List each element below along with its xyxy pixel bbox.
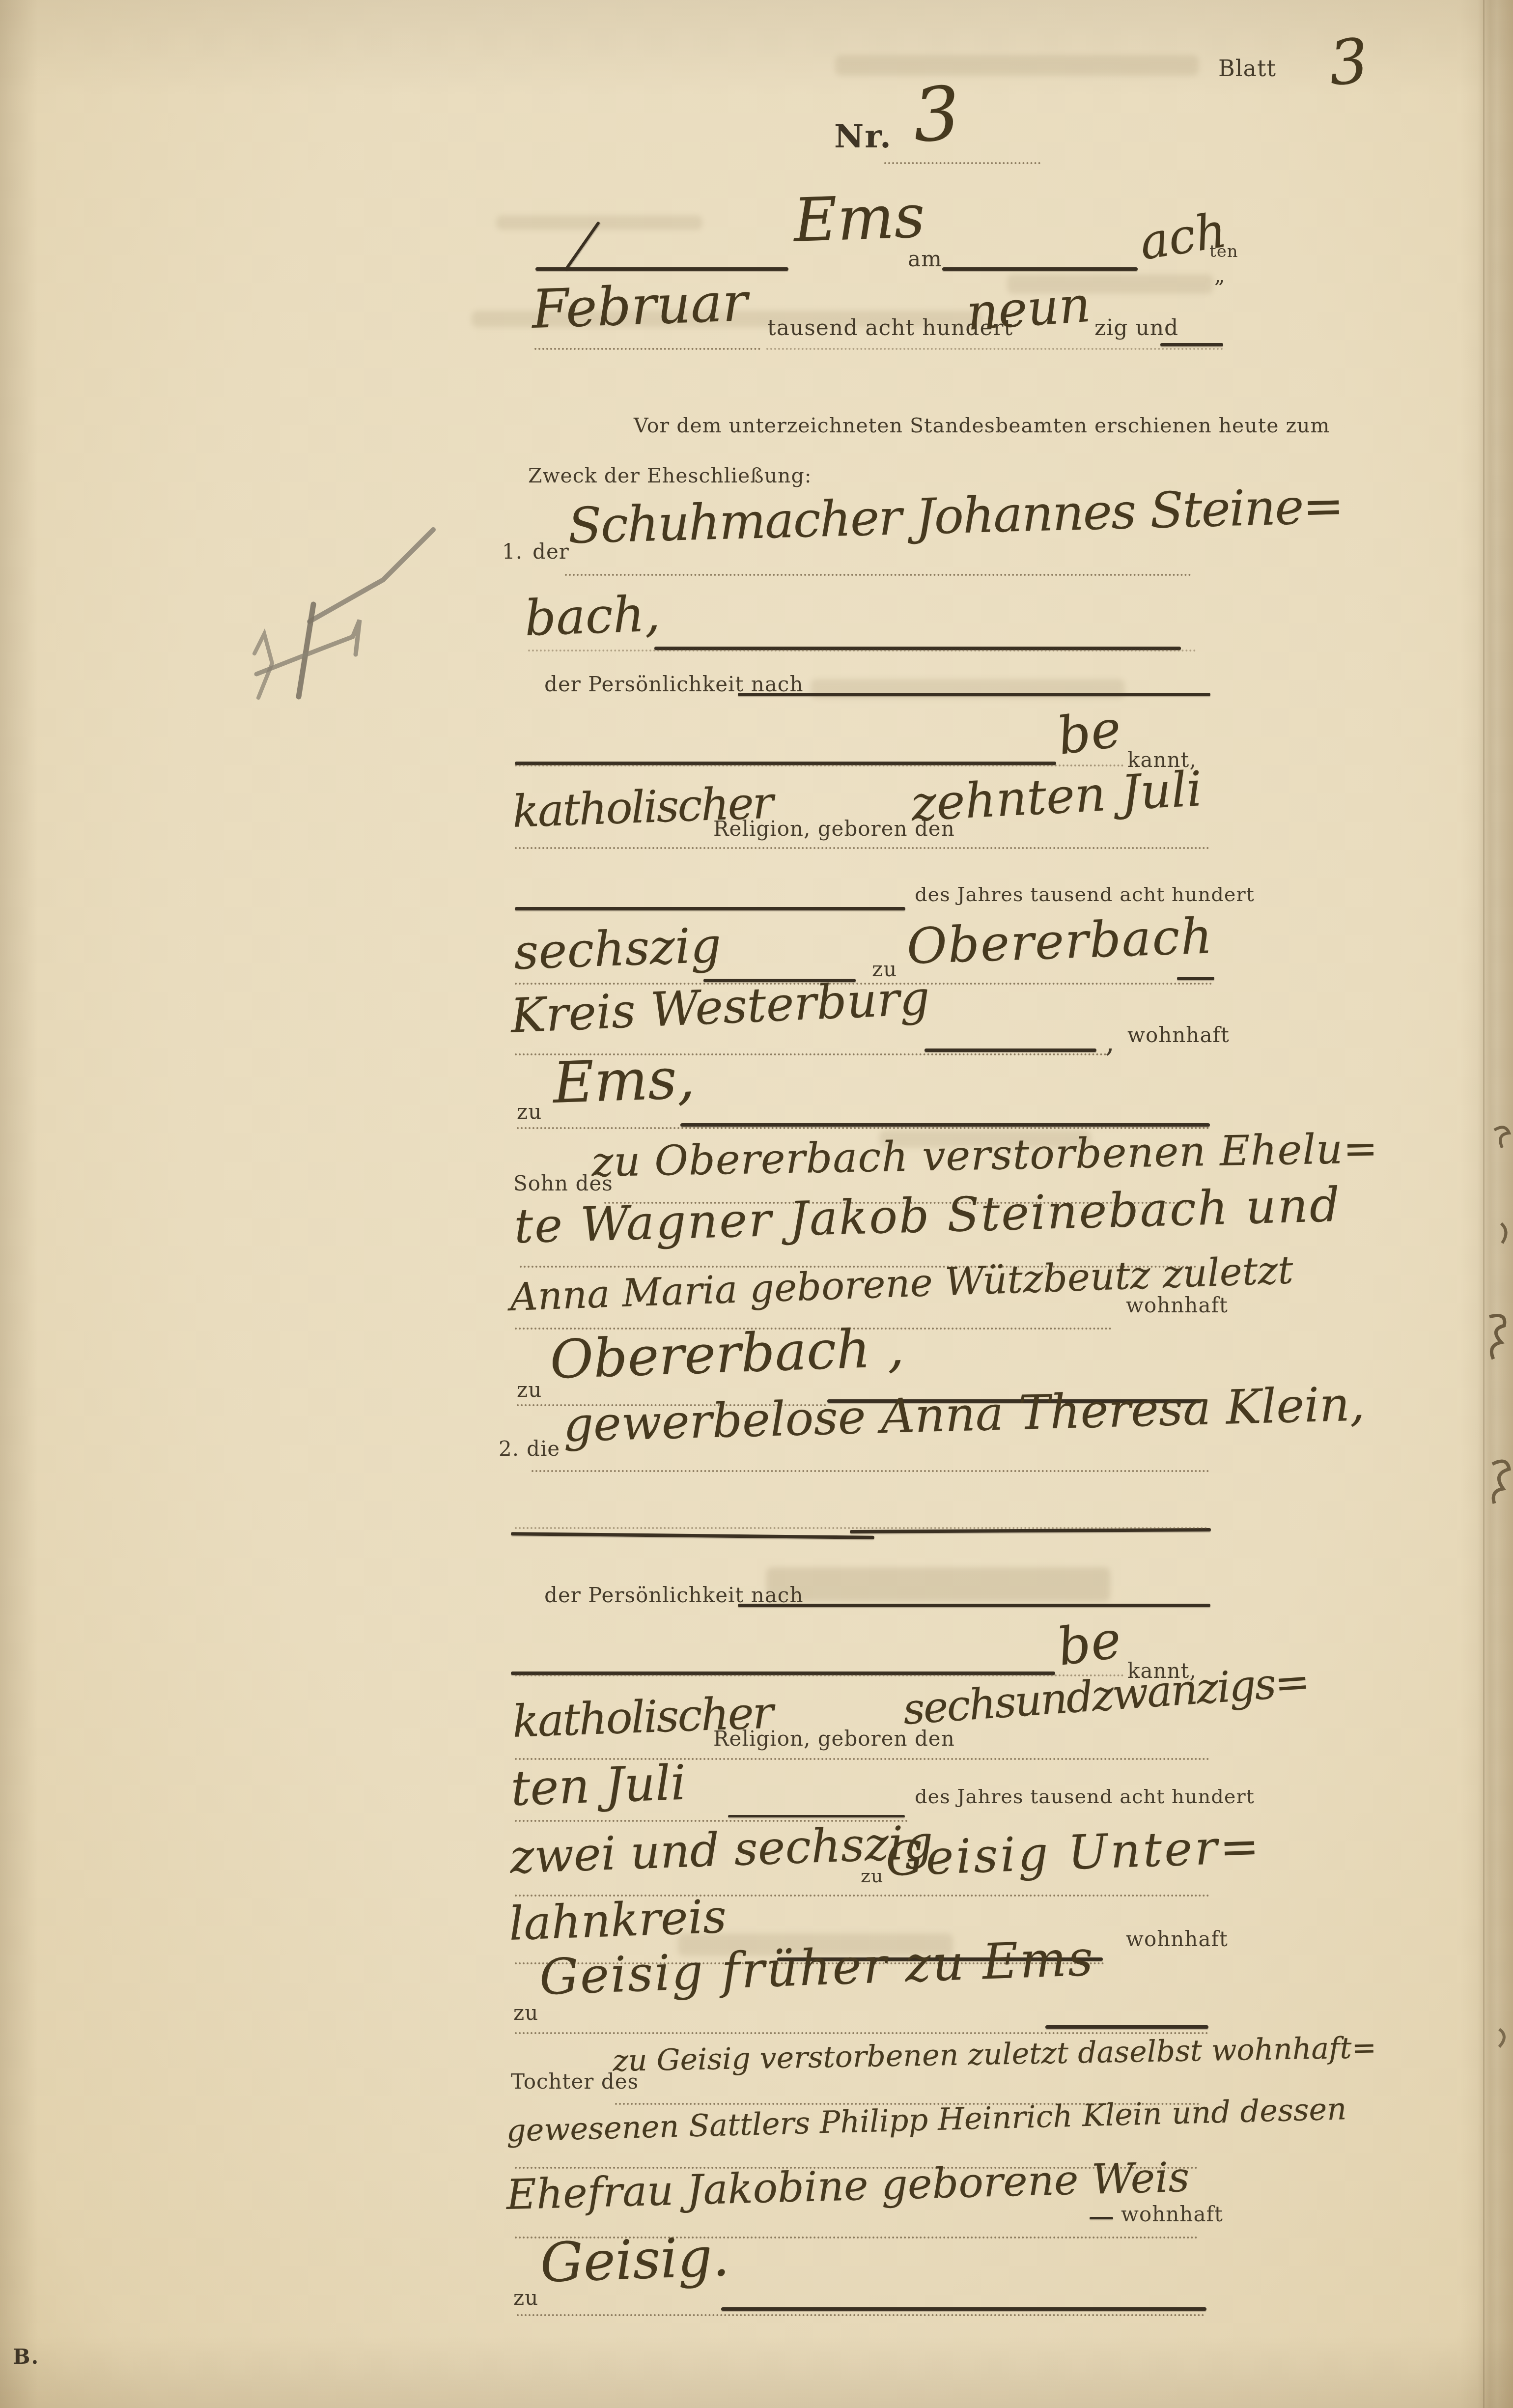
ink-line [728,1815,905,1817]
groom-name-continued: bach, [524,585,661,647]
ink-line [925,1048,1096,1052]
dotted-line [532,1470,1209,1472]
dotted-line [884,162,1040,164]
bride-residence-zu: zu [513,2001,538,2025]
am-label: am [908,247,942,272]
bride-wohnhaft-label: wohnhaft [1126,1927,1228,1951]
registry-place: Ems [792,181,926,255]
bleedthrough-smudge [835,55,1199,76]
dotted-line [528,650,1196,652]
next-page-ink-marks [1480,1120,1513,2201]
nr-label: Nr. [834,117,892,155]
ink-line [535,267,788,271]
year-hand: neun [965,276,1093,341]
ink-line [738,693,1210,696]
groom-birth-day: zehnten Juli [910,761,1204,832]
month-hand: Februar [531,272,749,340]
bride-known-hand: be [1054,1609,1125,1677]
ink-line [515,907,905,910]
scanned-civil-registry-page: { "header": { "sheet_label": "Blatt", "s… [0,0,1513,2408]
ink-line [942,267,1138,271]
groom-residence-zu: zu [517,1100,542,1124]
day-suffix: ten [1209,242,1238,261]
dotted-line [766,348,1223,350]
bride-parents-place: Geisig. [539,2225,730,2295]
bride-occupation-name: gewerbelose Anna Theresa Klein, [562,1376,1365,1452]
groom-birth-place: Obererbach [906,907,1214,975]
nr-value: 3 [910,71,963,159]
ink-line [1177,977,1214,980]
groom-parents-place: Obererbach , [549,1317,905,1391]
ink-line [1090,2217,1113,2219]
bride-birth-place1: Geisig Unter= [885,1818,1262,1887]
bride-birth-day2: ten Juli [510,1755,687,1817]
bride-parents-line3: Ehefrau Jakobine geborene Weis [505,2153,1190,2219]
groom-occupation-name: Schuhmacher Johannes Steine= [567,477,1344,555]
bride-parents-wohnhaft: wohnhaft [1121,2202,1223,2226]
intro-line1: Vor dem unterzeichneten Standesbeamten e… [634,414,1330,437]
sheet-label: Blatt [1218,55,1276,82]
bleedthrough-smudge [766,1567,1110,1602]
ink-line [511,1532,874,1539]
ink-line [1160,343,1223,346]
groom-birth-year: sechszig [513,917,722,981]
bride-parents-zu: zu [513,2286,538,2310]
bride-year-label: des Jahres tausend acht hundert [915,1785,1255,1808]
groom-parents-line1: zu Obererbach verstorbenen Ehelu= [591,1124,1378,1186]
bride-parents-line1: zu Geisig verstorbenen zuletzt daselbst … [613,2031,1377,2078]
ink-line [721,2307,1206,2311]
ink-line [680,1123,1210,1127]
groom-wohnhaft-label: wohnhaft [1127,1023,1230,1047]
dotted-line [515,847,1209,849]
day-suffix-mark: „ [1214,263,1226,287]
groom-article: der [532,539,569,564]
bride-article: die [527,1437,560,1461]
dotted-line [517,2314,1205,2316]
groom-parents-line2: te Wagner Jakob Steinebach und [513,1177,1342,1254]
bride-index: 2. [499,1437,519,1461]
groom-year-label: des Jahres tausend acht hundert [915,883,1255,906]
year-suffix-print: zig und [1094,315,1178,340]
groom-known-hand: be [1054,698,1125,766]
ink-line [738,1604,1210,1607]
dotted-line [515,2032,1208,2034]
pencil-annotation [236,501,447,712]
dotted-line [534,348,760,350]
sheet-number: 3 [1326,26,1371,100]
dotted-line [515,1527,1207,1529]
dotted-line [515,765,1124,766]
bride-birth-place2: lahnkreis [508,1890,728,1951]
groom-residence: Ems, [552,1046,696,1116]
groom-index: 1. [502,539,523,564]
footer-mark: B. [13,2345,39,2369]
intro-line2: Zweck der Eheschließung: [528,464,812,487]
groom-parents-wohnhaft: wohnhaft [1126,1293,1228,1317]
ink-line [1045,2025,1208,2029]
dotted-line [565,574,1191,576]
bride-zu-label: zu [861,1865,884,1887]
groom-parents-zu: zu [517,1378,542,1402]
groom-comma: , [1105,1025,1115,1059]
bride-parents-line2: gewesenen Sattlers Philipp Heinrich Klei… [506,2091,1347,2149]
groom-district: Kreis Westerburg [509,970,931,1044]
